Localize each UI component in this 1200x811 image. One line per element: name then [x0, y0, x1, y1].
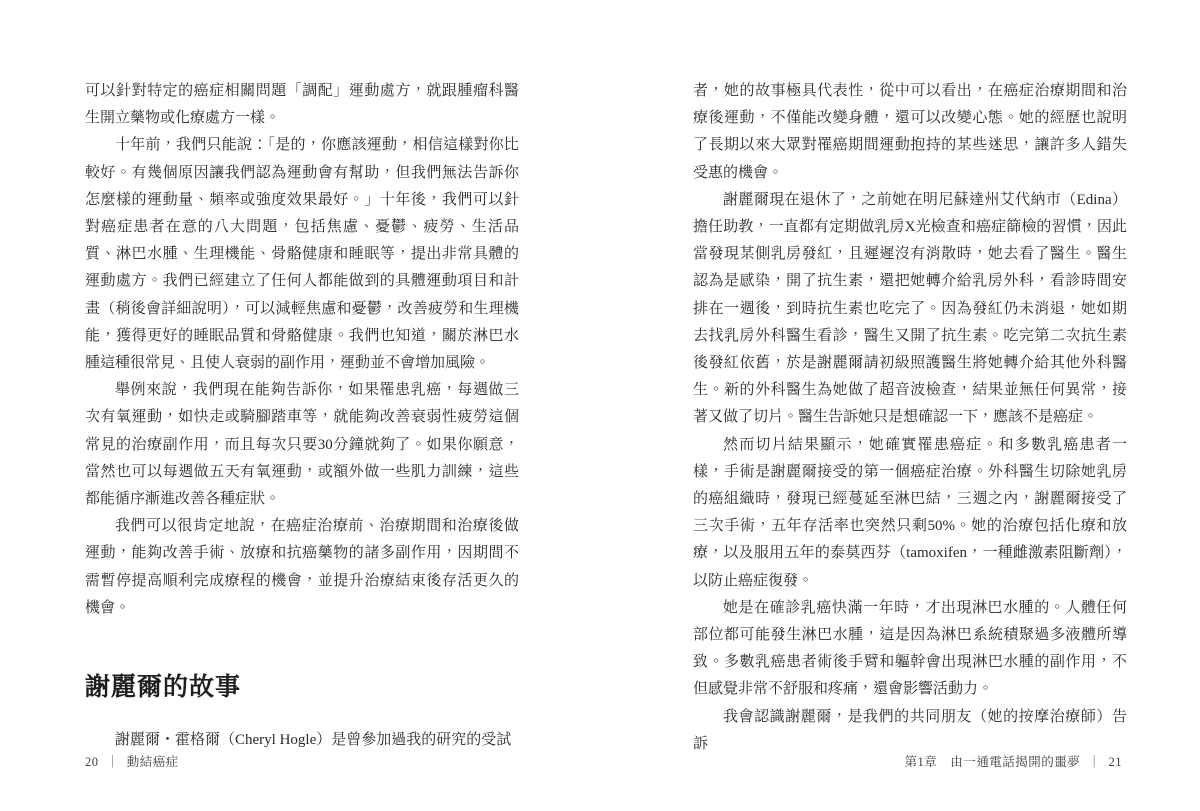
footer-separator-left: ｜: [106, 755, 119, 769]
paragraph: 我們可以很肯定地說，在癌症治療前、治療期間和治療後做運動，能夠改善手術、放療和抗…: [85, 513, 519, 622]
book-spread: 可以針對特定的癌症相關問題「調配」運動處方，就跟腫瘤科醫生開立藥物或化療處方一樣…: [0, 0, 1200, 811]
book-title: 動結癌症: [127, 755, 179, 769]
chapter-title: 第1章 由一通電話揭開的噩夢: [904, 755, 1080, 769]
paragraph-group-top: 可以針對特定的癌症相關問題「調配」運動處方，就跟腫瘤科醫生開立藥物或化療處方一樣…: [85, 78, 519, 622]
page-left-body: 可以針對特定的癌症相關問題「調配」運動處方，就跟腫瘤科醫生開立藥物或化療處方一樣…: [85, 78, 519, 754]
paragraph: 謝麗爾現在退休了，之前她在明尼蘇達州艾代納市（Edina）擔任助教，一直都有定期…: [693, 187, 1127, 432]
page-left-footer: 20 ｜ 動結癌症: [85, 752, 179, 770]
page-right: 者，她的故事極具代表性，從中可以看出，在癌症治療期間和治療後運動，不僅能改變身體…: [600, 0, 1200, 811]
page-number-right: 21: [1109, 755, 1123, 769]
page-left: 可以針對特定的癌症相關問題「調配」運動處方，就跟腫瘤科醫生開立藥物或化療處方一樣…: [0, 0, 600, 811]
paragraph: 我會認識謝麗爾，是我們的共同朋友（她的按摩治療師）告訴: [693, 704, 1127, 758]
paragraph-group-right: 者，她的故事極具代表性，從中可以看出，在癌症治療期間和治療後運動，不僅能改變身體…: [693, 78, 1127, 758]
page-right-body: 者，她的故事極具代表性，從中可以看出，在癌症治療期間和治療後運動，不僅能改變身體…: [693, 78, 1127, 758]
paragraph: 舉例來說，我們現在能夠告訴你，如果罹患乳癌，每週做三次有氧運動，如快走或騎腳踏車…: [85, 377, 519, 513]
paragraph: 可以針對特定的癌症相關問題「調配」運動處方，就跟腫瘤科醫生開立藥物或化療處方一樣…: [85, 78, 519, 132]
paragraph: 者，她的故事極具代表性，從中可以看出，在癌症治療期間和治療後運動，不僅能改變身體…: [693, 78, 1127, 187]
footer-separator-right: ｜: [1088, 755, 1101, 769]
paragraph-group-bottom: 謝麗爾・霍格爾（Cheryl Hogle）是曾參加過我的研究的受試: [85, 727, 519, 754]
paragraph: 謝麗爾・霍格爾（Cheryl Hogle）是曾參加過我的研究的受試: [85, 727, 519, 754]
paragraph: 她是在確診乳癌快滿一年時，才出現淋巴水腫的。人體任何部位都可能發生淋巴水腫，這是…: [693, 595, 1127, 704]
page-number-left: 20: [85, 755, 99, 769]
paragraph: 十年前，我們只能說：「是的，你應該運動，相信這樣對你比較好。有幾個原因讓我們認為…: [85, 132, 519, 377]
page-right-footer: 第1章 由一通電話揭開的噩夢 ｜ 21: [904, 752, 1122, 770]
paragraph: 然而切片結果顯示，她確實罹患癌症。和多數乳癌患者一樣，手術是謝麗爾接受的第一個癌…: [693, 432, 1127, 595]
section-heading: 謝麗爾的故事: [85, 667, 519, 703]
